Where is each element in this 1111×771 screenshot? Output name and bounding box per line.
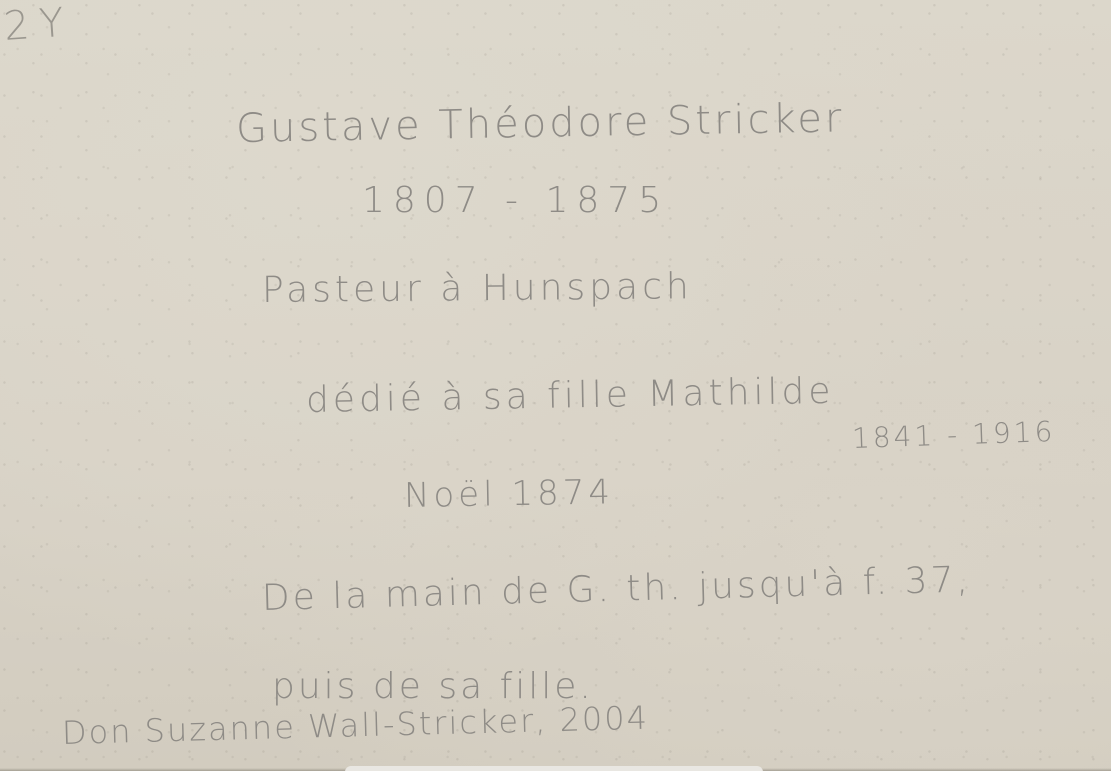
- handwriting-note: De la main de G. th. jusqu'à f. 37,: [261, 559, 971, 619]
- subject-life-dates: 1807 - 1875: [362, 180, 669, 221]
- subject-occupation: Pasteur à Hunspach: [262, 266, 693, 311]
- dedication-date: Noël 1874: [404, 472, 615, 516]
- document-page: 2Y Gustave Théodore Stricker 1807 - 1875…: [0, 0, 1111, 771]
- daughter-life-dates: 1841 - 1916: [851, 415, 1055, 455]
- donation-note: Don Suzanne Wall-Stricker, 2004: [62, 699, 650, 752]
- bottom-overlay-bar: [345, 766, 763, 771]
- corner-catalog-mark: 2Y: [2, 0, 75, 50]
- dedication-line: dédié à sa fille Mathilde: [306, 371, 835, 421]
- subject-name: Gustave Théodore Stricker: [236, 95, 845, 152]
